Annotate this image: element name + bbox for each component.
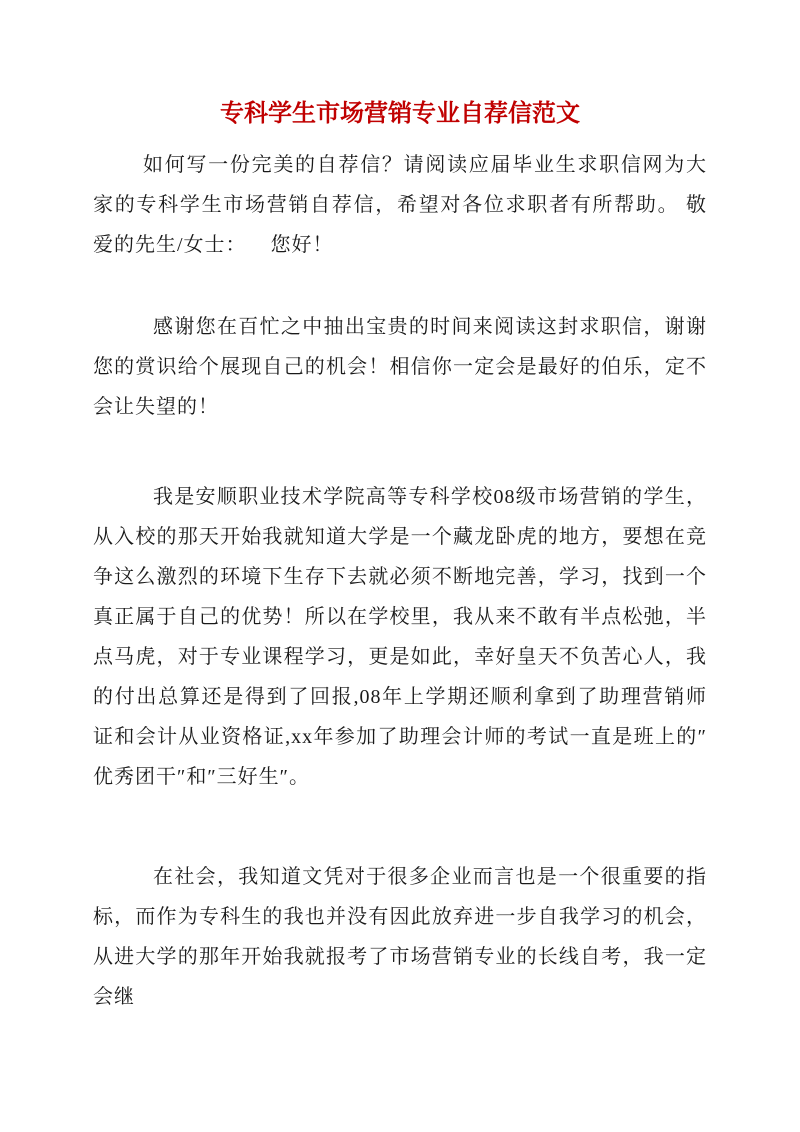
paragraph-greeting-thanks: 感谢您在百忙之中抽出宝贵的时间来阅读这封求职信，谢谢您的赏识给个展现自己的机会！… <box>93 307 707 427</box>
document-page: 专科学生市场营销专业自荐信范文 如何写一份完美的自荐信？请阅读应届毕业生求职信网… <box>0 0 800 1132</box>
paragraph-further-study: 在社会，我知道文凭对于很多企业而言也是一个很重要的指标，而作为专科生的我也并没有… <box>93 857 707 1017</box>
paragraph-self-introduction: 我是安顺职业技术学院高等专科学校08级市场营销的学生，从入校的那天开始我就知道大… <box>93 477 707 797</box>
page-title: 专科学生市场营销专业自荐信范文 <box>93 97 707 131</box>
paragraph-intro: 如何写一份完美的自荐信？请阅读应届毕业生求职信网为大家的专科学生市场营销自荐信，… <box>93 145 707 265</box>
